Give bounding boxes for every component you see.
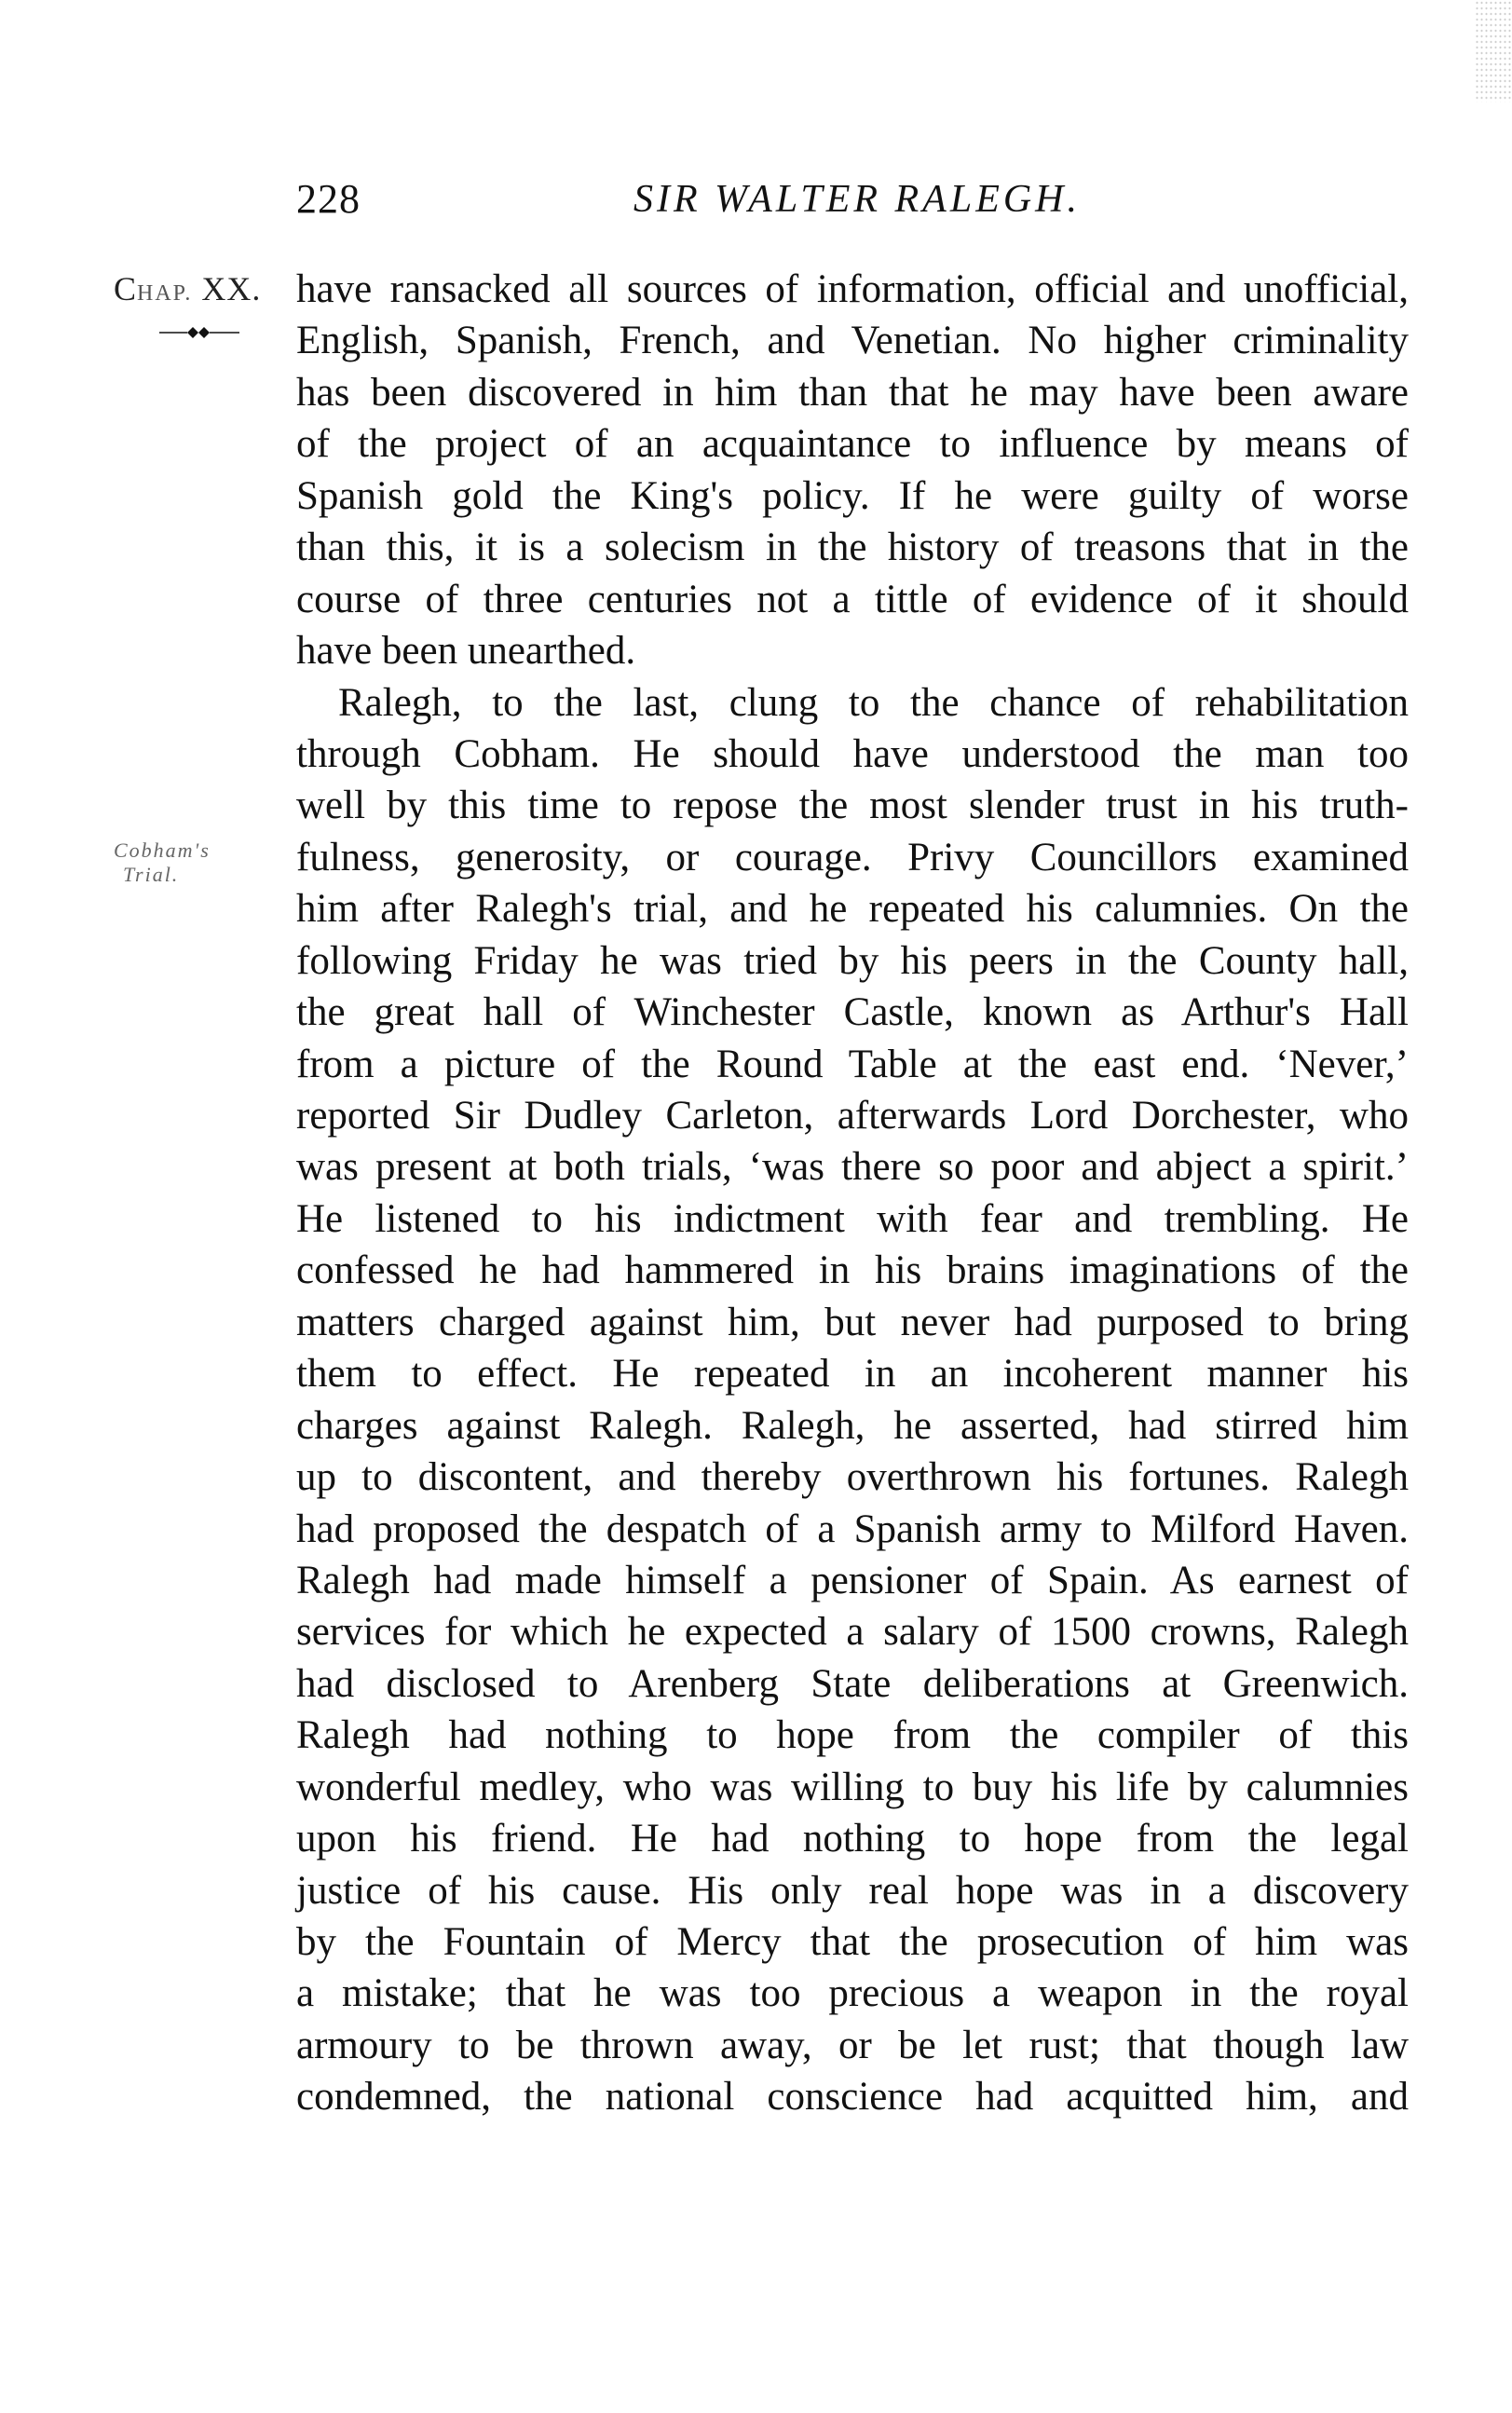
text-line: by the Fountain of Mercy that the prosec… (296, 1916, 1409, 1968)
text-line: upon his friend. He had nothing to hope … (296, 1813, 1409, 1864)
side-note-line: Cobham's (114, 838, 211, 862)
book-page: 228 SIR WALTER RALEGH. CHAP. XX. Cobham'… (0, 0, 1512, 2413)
text-line: following Friday he was tried by his pee… (296, 935, 1409, 987)
chapter-marker: CHAP. XX. (114, 270, 261, 312)
page-number: 228 (296, 177, 361, 222)
text-line: Ralegh had nothing to hope from the comp… (296, 1710, 1409, 1761)
text-line: course of three centuries not a tittle o… (296, 574, 1409, 625)
text-line: him after Ralegh's trial, and he repeate… (296, 883, 1409, 934)
text-line: services for which he expected a salary … (296, 1606, 1409, 1657)
chapter-prefix: C (114, 270, 137, 307)
text-line: confessed he had hammered in his brains … (296, 1245, 1409, 1296)
chapter-label: HAP. (137, 281, 192, 306)
scan-speckle (1475, 0, 1512, 102)
text-line: fulness, generosity, or courage. Privy C… (296, 832, 1409, 883)
chapter-number: XX. (201, 270, 261, 307)
text-line: was present at both trials, ‘was there s… (296, 1141, 1409, 1193)
text-line: have been unearthed. (296, 625, 1409, 676)
text-line: from a picture of the Round Table at the… (296, 1039, 1409, 1090)
text-line: than this, it is a solecism in the histo… (296, 522, 1409, 573)
text-line: charges against Ralegh. Ralegh, he asser… (296, 1400, 1409, 1452)
body-text: have ransacked all sources of informatio… (296, 264, 1409, 2123)
text-line: has been discovered in him than that he … (296, 367, 1409, 418)
text-line: up to discontent, and thereby overthrown… (296, 1452, 1409, 1503)
text-line: have ransacked all sources of informatio… (296, 264, 1409, 315)
text-line: justice of his cause. His only real hope… (296, 1865, 1409, 1916)
ornament-divider-icon (159, 324, 239, 341)
text-line: English, Spanish, French, and Venetian. … (296, 315, 1409, 366)
text-line: wonderful medley, who was willing to buy… (296, 1762, 1409, 1813)
paragraph-start-line: Ralegh, to the last, clung to the chance… (296, 677, 1409, 729)
text-line: had proposed the despatch of a Spanish a… (296, 1504, 1409, 1555)
side-note-line: Trial. (114, 863, 263, 887)
text-line: a mistake; that he was too precious a we… (296, 1968, 1409, 2019)
text-line: condemned, the national conscience had a… (296, 2071, 1409, 2122)
text-line: matters charged against him, but never h… (296, 1297, 1409, 1348)
text-line: them to effect. He repeated in an incohe… (296, 1348, 1409, 1399)
text-line: well by this time to repose the most sle… (296, 780, 1409, 831)
text-line: through Cobham. He should have understoo… (296, 729, 1409, 780)
text-line: the great hall of Winchester Castle, kno… (296, 987, 1409, 1038)
text-line: Ralegh had made himself a pensioner of S… (296, 1555, 1409, 1606)
running-title: SIR WALTER RALEGH. (559, 177, 1155, 222)
text-line: armoury to be thrown away, or be let rus… (296, 2020, 1409, 2071)
text-line: He listened to his indictment with fear … (296, 1193, 1409, 1245)
text-line: reported Sir Dudley Carleton, afterwards… (296, 1090, 1409, 1141)
text-line: of the project of an acquaintance to inf… (296, 418, 1409, 470)
text-line: had disclosed to Arenberg State delibera… (296, 1658, 1409, 1710)
side-note-cobhams-trial: Cobham's Trial. (114, 838, 263, 887)
text-line: Spanish gold the King's policy. If he we… (296, 470, 1409, 522)
